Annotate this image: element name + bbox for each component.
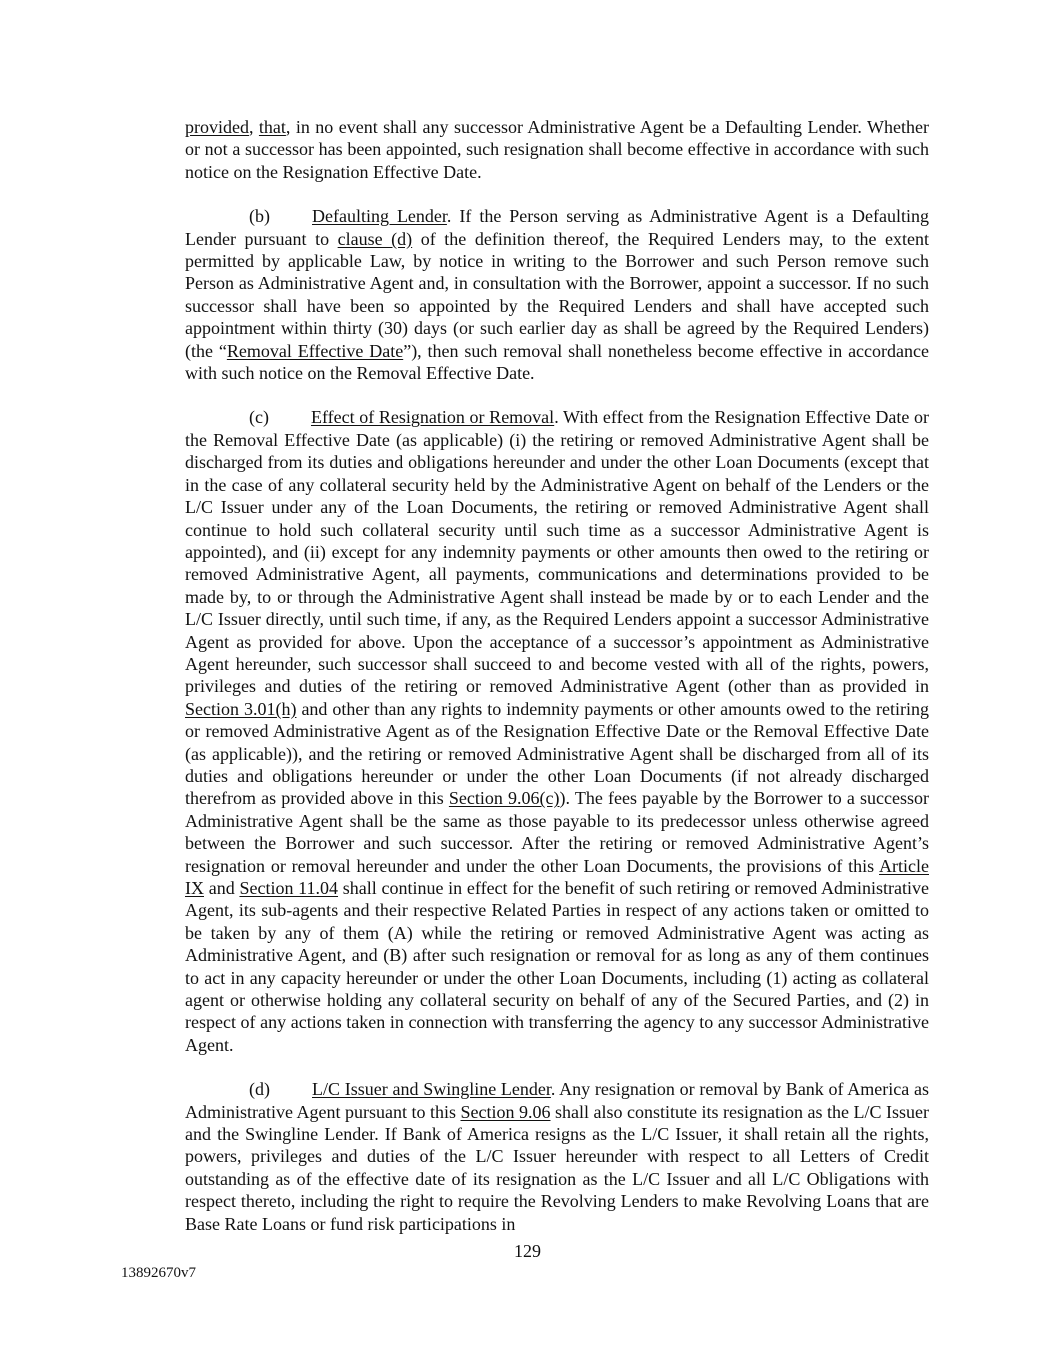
paragraph-c-effect-of-resignation-or-removal: (c)Effect of Resignation or Removal. Wit… — [185, 406, 929, 1056]
document-id-footer: 13892670v7 — [121, 1264, 196, 1282]
underlined-text-run: Removal Effective Date — [227, 341, 403, 361]
underlined-text-run: Section 11.04 — [239, 878, 338, 898]
text-run: , in no event shall any successor Admini… — [185, 117, 929, 182]
page-number: 129 — [0, 1240, 1055, 1262]
underlined-text-run: clause (d) — [338, 229, 413, 249]
underlined-text-run: Effect of Resignation or Removal — [311, 407, 554, 427]
underlined-text-run: Section 9.06(c) — [449, 788, 560, 808]
underlined-text-run: Defaulting Lender — [312, 206, 447, 226]
text-run: , — [249, 117, 259, 137]
text-run: (c) — [249, 407, 269, 427]
underlined-text-run: Section 9.06 — [461, 1102, 551, 1122]
text-run: shall continue in effect for the benefit… — [185, 878, 929, 1055]
paragraph-proviso-continuation: provided, that, in no event shall any su… — [185, 116, 929, 183]
document-body: provided, that, in no event shall any su… — [185, 116, 929, 1257]
text-run: (b) — [249, 206, 270, 226]
underlined-text-run: L/C Issuer and Swingline Lender — [312, 1079, 551, 1099]
text-run: and — [204, 878, 239, 898]
paragraph-b-defaulting-lender: (b)Defaulting Lender. If the Person serv… — [185, 205, 929, 384]
text-run: (d) — [249, 1079, 270, 1099]
underlined-text-run: Section 3.01(h) — [185, 699, 296, 719]
text-run: . With effect from the Resignation Effec… — [185, 407, 929, 696]
underlined-text-run: that — [259, 117, 286, 137]
paragraph-d-lc-issuer-and-swingline-lender: (d)L/C Issuer and Swingline Lender. Any … — [185, 1078, 929, 1235]
underlined-text-run: provided — [185, 117, 249, 137]
document-page: provided, that, in no event shall any su… — [0, 0, 1055, 1365]
